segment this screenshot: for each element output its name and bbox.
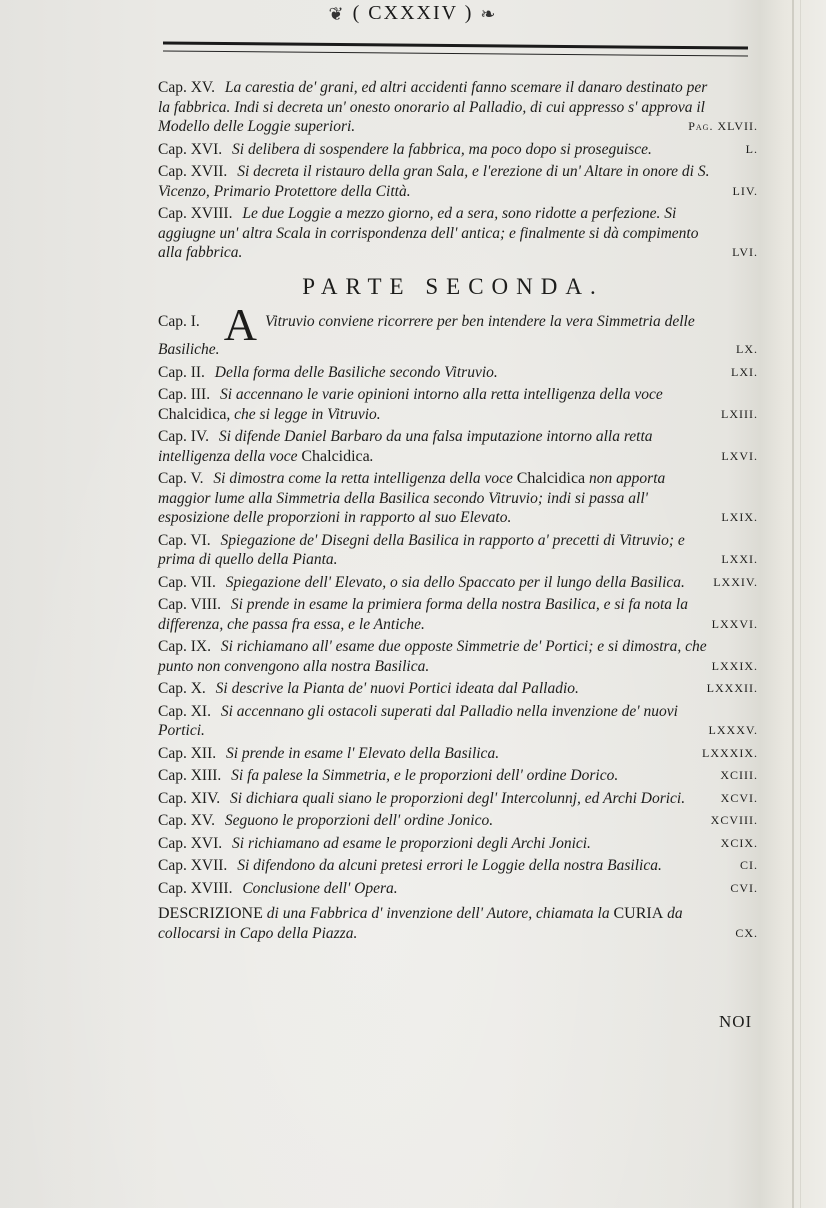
- chapter-summary: Si dimostra come la retta intelligenza d…: [158, 470, 665, 526]
- chapter-number: Cap. IV.: [158, 427, 209, 447]
- page-reference: LXIX.: [721, 508, 758, 528]
- summary-part: Si accennano le varie opinioni intorno a…: [220, 386, 663, 403]
- page-reference: XCVIII.: [711, 811, 758, 831]
- page-reference: XCIII.: [720, 766, 758, 786]
- chapter-summary: La carestia de' grani, ed altri accident…: [158, 79, 707, 135]
- chapter-summary: Si richiamano ad esame le proporzioni de…: [232, 835, 591, 852]
- toc-entry: Cap. VI. Spiegazione de' Disegni della B…: [158, 531, 758, 570]
- chapter-summary: Spiegazione de' Disegni della Basilica i…: [158, 532, 685, 569]
- header-rule-thin: [163, 50, 748, 56]
- chapter-number: Cap. VIII.: [158, 595, 221, 615]
- toc-entry: Cap. XVIII. Conclusione dell' Opera. CVI…: [158, 879, 758, 899]
- chapter-number: Cap. V.: [158, 469, 204, 489]
- page-reference: LXXI.: [721, 550, 758, 570]
- toc-entry: Cap. XVIII. Le due Loggie a mezzo giorno…: [158, 204, 758, 263]
- chapter-number: Cap. XVII.: [158, 856, 227, 876]
- chapter-number: Cap. I.: [158, 312, 200, 332]
- page-reference: Pag. XLVII.: [688, 117, 758, 137]
- chapter-number: Cap. X.: [158, 679, 206, 699]
- chapter-number: Cap. III.: [158, 385, 210, 405]
- chapter-number: Cap. XVI.: [158, 140, 222, 160]
- chapter-summary: Si difende Daniel Barbaro da una falsa i…: [158, 428, 653, 465]
- chapter-summary: Le due Loggie a mezzo giorno, ed a sera,…: [158, 205, 698, 261]
- page-reference: LXXXII.: [707, 679, 758, 699]
- toc-entry: Cap. I.AVitruvio conviene ricorrere per …: [158, 310, 758, 360]
- toc-entry: Cap. XIV. Si dichiara quali siano le pro…: [158, 789, 758, 809]
- chapter-summary: Si difendono da alcuni pretesi errori le…: [237, 857, 662, 874]
- catchword: NOI: [719, 1012, 752, 1032]
- chapter-number: Cap. XVI.: [158, 834, 222, 854]
- toc-entry-description: DESCRIZIONE di una Fabbrica d' invenzion…: [158, 904, 758, 943]
- toc-entry: Cap. VII. Spiegazione dell' Elevato, o s…: [158, 573, 758, 593]
- roman-term: Chalcidica: [158, 406, 226, 423]
- chapter-number: Cap. XII.: [158, 744, 216, 764]
- chapter-number: Cap. XIV.: [158, 789, 220, 809]
- page-reference: LIV.: [733, 182, 758, 202]
- chapter-number: Cap. XVIII.: [158, 204, 232, 224]
- chapter-summary: Della forma delle Basiliche secondo Vitr…: [215, 364, 498, 381]
- roman-term: Chalcidica: [301, 448, 369, 465]
- toc-entry: Cap. XIII. Si fa palese la Simmetria, e …: [158, 766, 758, 786]
- chapter-summary: Si prende in esame la primiera forma del…: [158, 596, 688, 633]
- toc-entry: Cap. X. Si descrive la Pianta de' nuovi …: [158, 679, 758, 699]
- toc-entry: Cap. V. Si dimostra come la retta intell…: [158, 469, 758, 528]
- summary-part: di una Fabbrica d' invenzione dell' Auto…: [267, 905, 610, 922]
- page-reference: LX.: [736, 340, 758, 360]
- toc-entry: Cap. VIII. Si prende in esame la primier…: [158, 595, 758, 634]
- table-of-contents: Cap. XV. La carestia de' grani, ed altri…: [158, 78, 758, 946]
- page-reference: L.: [746, 140, 758, 160]
- fleuron-left-icon: ❦: [329, 4, 346, 25]
- page-reference: LXI.: [731, 363, 758, 383]
- chapter-summary: Seguono le proporzioni dell' ordine Joni…: [225, 812, 493, 829]
- toc-entry: Cap. XVI. Si delibera di sospendere la f…: [158, 140, 758, 160]
- chapter-number: Cap. VII.: [158, 573, 216, 593]
- section-heading: PARTE SECONDA.: [148, 277, 758, 297]
- page-reference: CI.: [740, 856, 758, 876]
- toc-entry: Cap. XVII. Si decreta il ristauro della …: [158, 162, 758, 201]
- chapter-summary: Si delibera di sospendere la fabbrica, m…: [232, 141, 652, 158]
- page-reference: LXXXV.: [709, 721, 758, 741]
- chapter-summary: Si decreta il ristauro della gran Sala, …: [158, 163, 710, 200]
- chapter-number: Cap. II.: [158, 363, 205, 383]
- description-lead: DESCRIZIONE: [158, 905, 263, 922]
- chapter-summary: Si dichiara quali siano le proporzioni d…: [230, 790, 685, 807]
- chapter-number: Cap. XVII.: [158, 162, 227, 182]
- page-reference: XCIX.: [721, 834, 758, 854]
- drop-initial: A: [224, 299, 257, 350]
- roman-term: Chalcidica: [517, 470, 585, 487]
- toc-entry: Cap. XV. Seguono le proporzioni dell' or…: [158, 811, 758, 831]
- fleuron-right-icon: ❧: [480, 4, 497, 25]
- toc-entry: Cap. IX. Si richiamano all' esame due op…: [158, 637, 758, 676]
- page-reference: LXXIX.: [712, 657, 758, 677]
- summary-part: Si dimostra come la retta intelligenza d…: [213, 470, 512, 487]
- chapter-summary: Conclusione dell' Opera.: [242, 880, 397, 897]
- chapter-number: Cap. XV.: [158, 811, 215, 831]
- summary-part: Si difende Daniel Barbaro da una falsa i…: [158, 428, 653, 465]
- chapter-summary: Si richiamano all' esame due opposte Sim…: [158, 638, 707, 675]
- toc-entry: Cap. XVI. Si richiamano ad esame le prop…: [158, 834, 758, 854]
- toc-entry: Cap. IV. Si difende Daniel Barbaro da un…: [158, 427, 758, 466]
- page-reference: LXVI.: [721, 447, 758, 467]
- toc-entry: Cap. XV. La carestia de' grani, ed altri…: [158, 78, 758, 137]
- page-reference: XCVI.: [721, 789, 758, 809]
- page-number-roman: ( CXXXIV ): [353, 2, 474, 24]
- page-reference: LXXVI.: [712, 615, 758, 635]
- roman-term: CURIA: [614, 905, 664, 922]
- chapter-number: Cap. XI.: [158, 702, 211, 722]
- toc-entry: Cap. III. Si accennano le varie opinioni…: [158, 385, 758, 424]
- toc-entry: Cap. II. Della forma delle Basiliche sec…: [158, 363, 758, 383]
- chapter-summary: Si fa palese la Simmetria, e le proporzi…: [231, 767, 618, 784]
- page-reference: CX.: [735, 924, 758, 944]
- chapter-summary: Si accennano le varie opinioni intorno a…: [158, 386, 663, 423]
- running-head: ❦ ( CXXXIV ) ❧: [0, 2, 826, 25]
- chapter-number: Cap. XV.: [158, 78, 215, 98]
- page-reference: LVI.: [732, 243, 758, 263]
- page-reference: LXXIV.: [713, 573, 758, 593]
- chapter-number: Cap. XVIII.: [158, 879, 232, 899]
- toc-entry: Cap. XVII. Si difendono da alcuni pretes…: [158, 856, 758, 876]
- toc-entry: Cap. XI. Si accennano gli ostacoli super…: [158, 702, 758, 741]
- page-reference: CVI.: [730, 879, 758, 899]
- chapter-number: Cap. IX.: [158, 637, 211, 657]
- summary-part: .: [370, 448, 374, 465]
- summary-part: , che si legge in Vitruvio.: [226, 406, 380, 423]
- chapter-summary: Spiegazione dell' Elevato, o sia dello S…: [226, 574, 685, 591]
- page-edge-line: [792, 0, 794, 1208]
- toc-entry: Cap. XII. Si prende in esame l' Elevato …: [158, 744, 758, 764]
- page-reference: LXIII.: [721, 405, 758, 425]
- header-rule-thick: [163, 41, 748, 49]
- chapter-summary: Si prende in esame l' Elevato della Basi…: [226, 745, 499, 762]
- chapter-summary: Si accennano gli ostacoli superati dal P…: [158, 703, 678, 740]
- chapter-number: Cap. VI.: [158, 531, 211, 551]
- page-edge-line: [800, 0, 801, 1208]
- page-reference: LXXXIX.: [702, 744, 758, 764]
- chapter-number: Cap. XIII.: [158, 766, 221, 786]
- chapter-summary: Si descrive la Pianta de' nuovi Portici …: [216, 680, 579, 697]
